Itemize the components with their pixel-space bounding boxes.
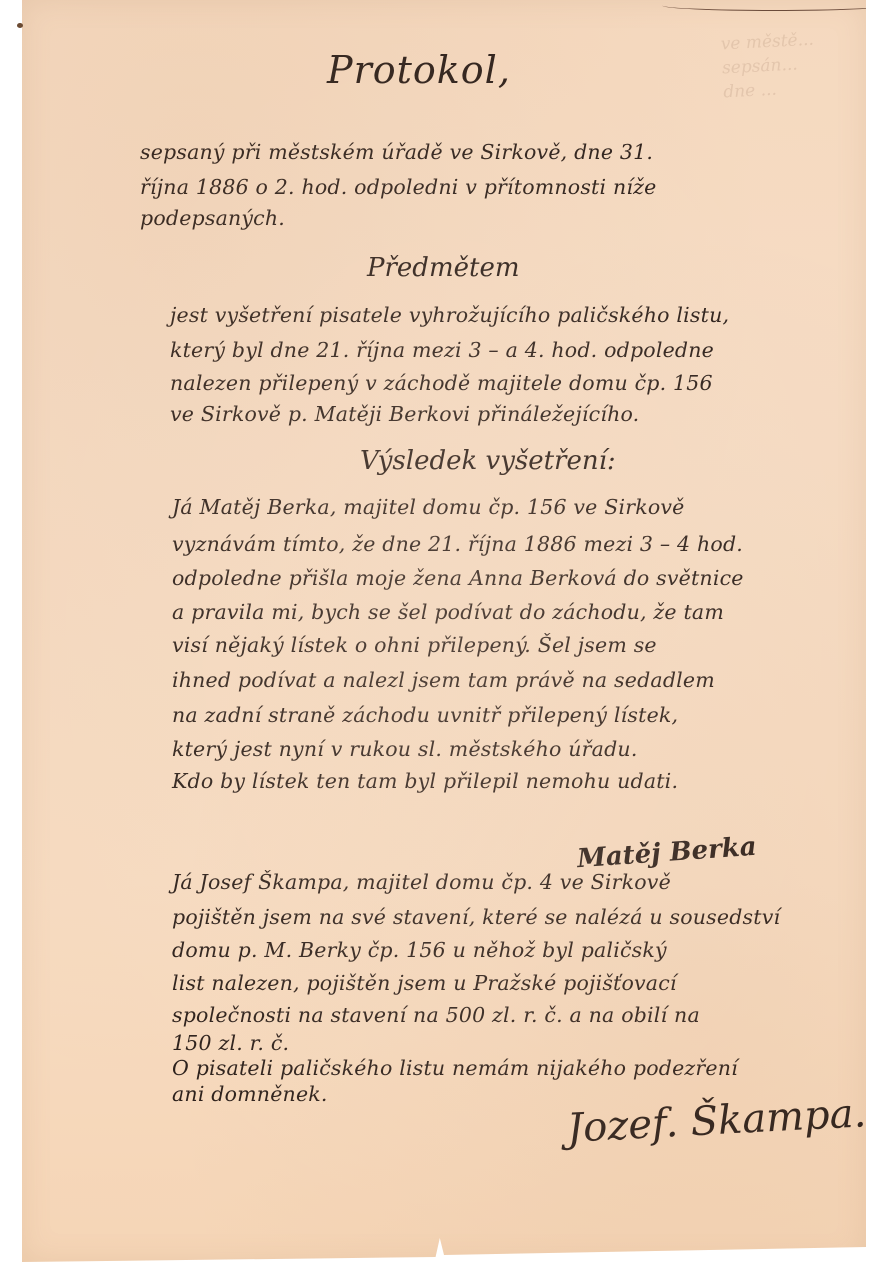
document-paper: ve městě... sepsán... dne ... Protokol, … xyxy=(22,0,866,1262)
intro-line: podepsaných. xyxy=(140,206,285,230)
statement-line: pojištěn jsem na své stavení, které se n… xyxy=(172,905,780,929)
bleed-line: dne ... xyxy=(723,76,817,105)
statement-line: odpoledne přišla moje žena Anna Berková … xyxy=(172,566,744,590)
statement-line: a pravila mi, bych se šel podívat do zác… xyxy=(172,600,724,624)
statement-line: ihned podívat a nalezl jsem tam právě na… xyxy=(172,668,715,692)
paper-spot xyxy=(17,23,23,28)
statement-line: společnosti na stavení na 500 zl. r. č. … xyxy=(172,1003,700,1027)
statement-line: který jest nyní v rukou sl. městského úř… xyxy=(172,737,638,761)
signature-josef-skampa: Jozef. Škampa. xyxy=(566,1090,867,1152)
statement-line: vyznávám tímto, že dne 21. října 1886 me… xyxy=(172,532,743,556)
statement-line: Já Josef Škampa, majitel domu čp. 4 ve S… xyxy=(172,870,671,894)
statement-line: list nalezen, pojištěn jsem u Pražské po… xyxy=(172,971,677,995)
subject-heading: Předmětem xyxy=(367,253,519,283)
statement-line: ani domněnek. xyxy=(172,1082,328,1106)
bleed-through-text: ve městě... sepsán... dne ... xyxy=(720,28,817,105)
subject-line: nalezen přilepený v záchodě majitele dom… xyxy=(170,371,713,395)
statement-line: domu p. M. Berky čp. 156 u něhož byl pal… xyxy=(172,938,667,962)
signature-matej-berka: Matěj Berka xyxy=(576,832,757,874)
top-ruled-line xyxy=(662,0,871,11)
statement-line: Já Matěj Berka, majitel domu čp. 156 ve … xyxy=(172,495,685,519)
subject-line: ve Sirkově p. Matěji Berkovi přináležejí… xyxy=(170,402,639,426)
intro-line: sepsaný při městském úřadě ve Sirkově, d… xyxy=(140,140,653,164)
statement-line: Kdo by lístek ten tam byl přilepil nemoh… xyxy=(172,769,678,793)
intro-line: října 1886 o 2. hod. odpoledni v přítomn… xyxy=(140,175,656,199)
document-title: Protokol, xyxy=(327,48,511,92)
statement-line: O pisateli paličského listu nemám nijaké… xyxy=(172,1056,738,1080)
subject-line: jest vyšetření pisatele vyhrožujícího pa… xyxy=(170,303,729,327)
result-heading: Výsledek vyšetření: xyxy=(360,446,616,476)
statement-line: visí nějaký lístek o ohni přilepený. Šel… xyxy=(172,633,657,657)
bleed-line: ve městě... xyxy=(720,28,814,57)
statement-line: na zadní straně záchodu uvnitř přilepený… xyxy=(172,703,678,727)
subject-line: který byl dne 21. října mezi 3 – a 4. ho… xyxy=(170,338,714,362)
statement-line: 150 zl. r. č. xyxy=(172,1031,289,1055)
